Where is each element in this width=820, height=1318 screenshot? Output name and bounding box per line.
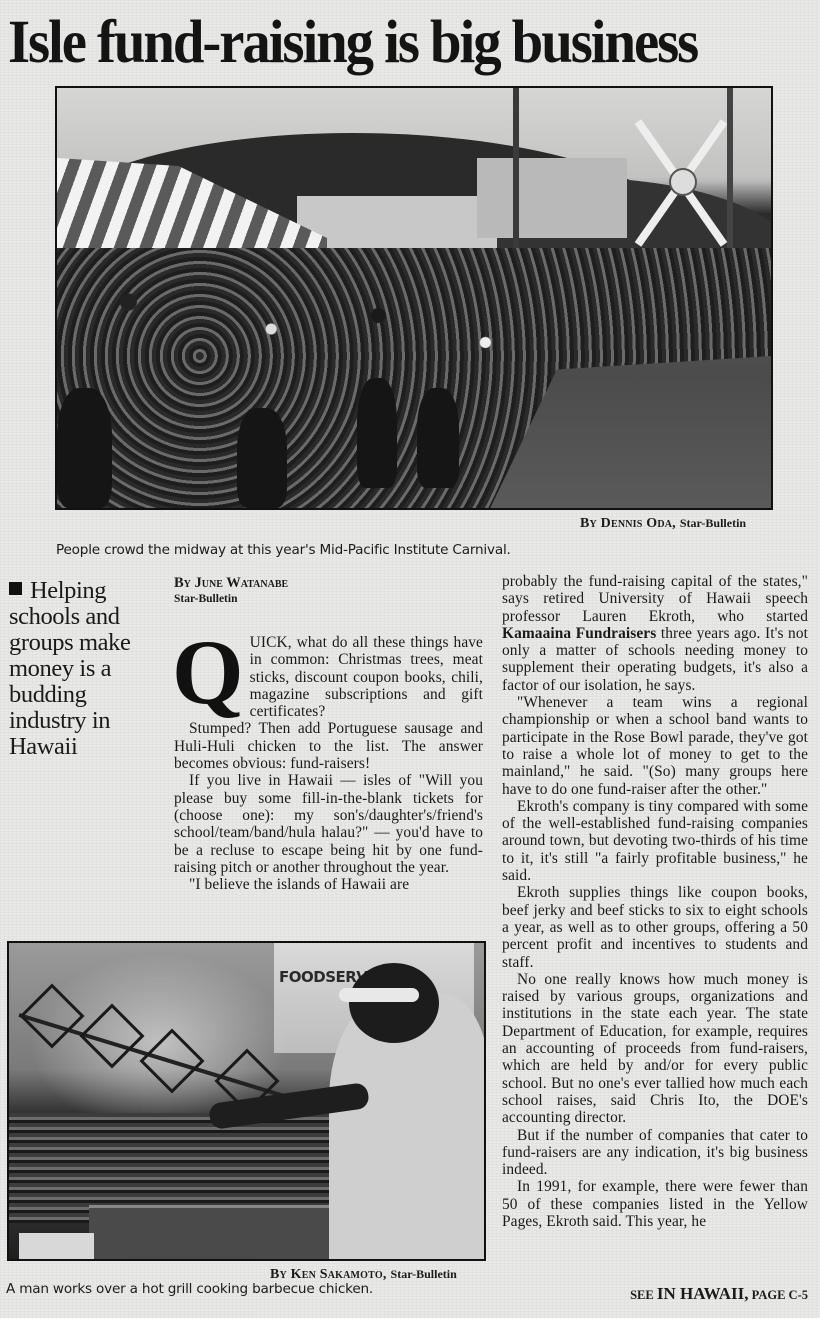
deck-subhead: Helping schools and groups make money is… bbox=[9, 578, 169, 760]
photo1-caption: People crowd the midway at this year's M… bbox=[56, 542, 511, 558]
paragraph: Stumped? Then add Portuguese sausage and… bbox=[174, 720, 483, 772]
cook-head bbox=[349, 963, 439, 1043]
photo-corner-patch bbox=[19, 1233, 94, 1259]
photo-building bbox=[477, 158, 627, 238]
company-name: Kamaaina Fundraisers bbox=[502, 625, 656, 642]
article-column-2: probably the fund-raising capital of the… bbox=[502, 573, 808, 1230]
person-figure bbox=[57, 388, 112, 508]
byline: By June Watanabe Star-Bulletin bbox=[174, 575, 288, 605]
paragraph: If you live in Hawaii — isles of "Will y… bbox=[174, 772, 483, 876]
person-figure bbox=[357, 378, 397, 488]
paragraph: "Whenever a team wins a regional champio… bbox=[502, 694, 808, 798]
photo1-credit: By Dennis Oda, Star-Bulletin bbox=[580, 514, 746, 532]
paragraph: Ekroth's company is tiny compared with s… bbox=[502, 798, 808, 884]
photo2-caption: A man works over a hot grill cooking bar… bbox=[6, 1281, 373, 1297]
grill-photo: FOODSERV bbox=[7, 941, 486, 1261]
jump-page: PAGE C-5 bbox=[749, 1288, 809, 1302]
person-figure bbox=[417, 388, 459, 488]
paragraph: Ekroth supplies things like coupon books… bbox=[502, 884, 808, 970]
photo-building bbox=[297, 196, 497, 256]
person-figure bbox=[237, 408, 287, 508]
article-column-1: QUICK, what do all these things have in … bbox=[174, 634, 483, 893]
cook-visor bbox=[339, 988, 419, 1002]
jump-line[interactable]: SEE IN HAWAII, PAGE C-5 bbox=[630, 1284, 808, 1304]
paragraph: In 1991, for example, there were fewer t… bbox=[502, 1178, 808, 1230]
square-bullet-icon bbox=[9, 582, 22, 595]
paragraph: "I believe the islands of Hawaii are bbox=[174, 876, 483, 893]
paragraph: But if the number of companies that cate… bbox=[502, 1127, 808, 1179]
drop-cap: Q bbox=[172, 636, 244, 708]
headline: Isle fund-raising is big business bbox=[8, 10, 758, 76]
jump-slug: IN HAWAII, bbox=[657, 1284, 749, 1303]
grill-tray bbox=[89, 1205, 339, 1261]
paragraph: No one really knows how much money is ra… bbox=[502, 971, 808, 1127]
lead-paragraph: QUICK, what do all these things have in … bbox=[174, 634, 483, 720]
byline-org: Star-Bulletin bbox=[174, 593, 288, 605]
byline-author: By June Watanabe bbox=[174, 575, 288, 592]
carnival-photo bbox=[55, 86, 773, 510]
paragraph: probably the fund-raising capital of the… bbox=[502, 573, 808, 694]
